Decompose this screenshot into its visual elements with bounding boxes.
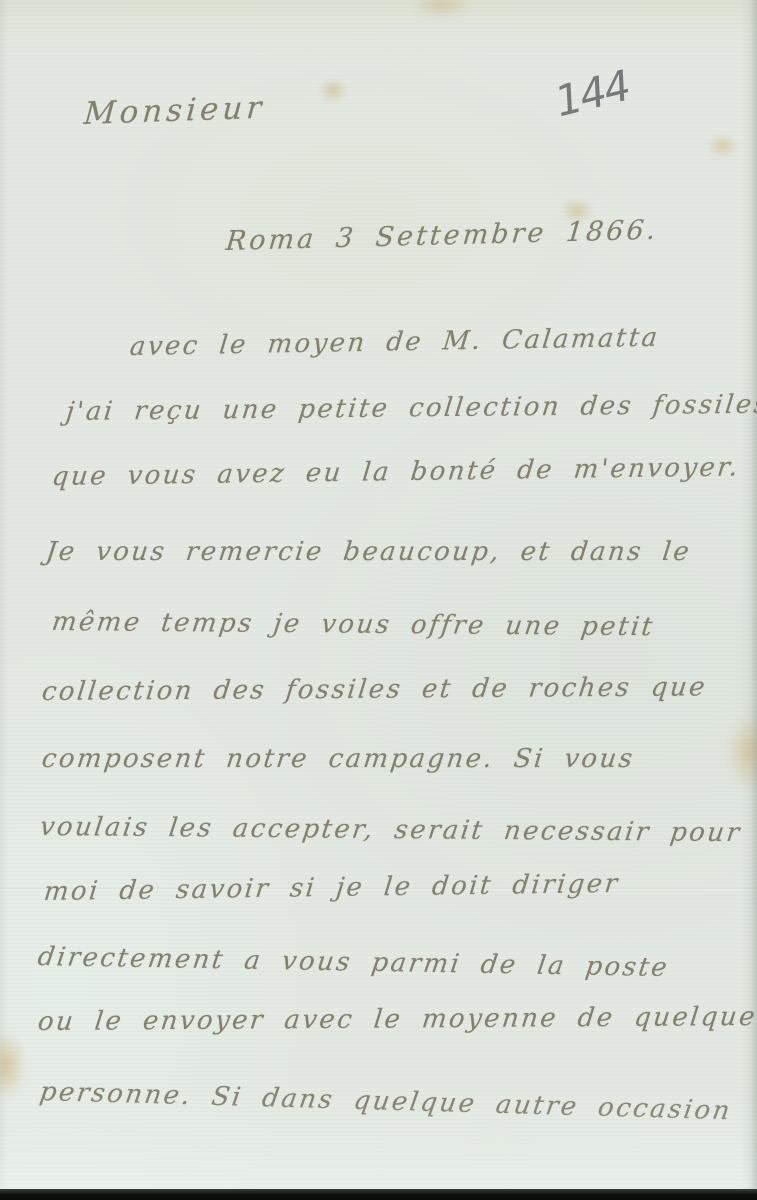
handwriting-line-10: directement a vous parmi de la poste [36, 942, 671, 983]
dateline: Roma 3 Settembre 1866. [225, 215, 660, 257]
folio-number: 144 [550, 61, 634, 126]
handwriting-line-2: j'ai reçu une petite collection des foss… [64, 390, 757, 427]
fold-crease [0, 888, 757, 892]
scanned-letter-page: Monsieur 144 Roma 3 Settembre 1866. avec… [0, 0, 757, 1200]
handwriting-line-5: même temps je vous offre une petit [50, 607, 656, 642]
fox-stain [706, 134, 740, 158]
fox-stain [412, 0, 472, 18]
paper-smudge [470, 1120, 530, 1170]
handwriting-line-3: que vous avez eu la bonté de m'envoyer. [50, 452, 741, 492]
handwriting-line-9: moi de savoir si je le doit diriger [42, 869, 621, 907]
handwriting-line-8: voulais les accepter, serait necessair p… [38, 812, 743, 848]
handwriting-line-7: composent notre campagne. Si vous [40, 744, 636, 774]
paper-texture [0, 0, 757, 1200]
fox-stain [0, 1030, 26, 1100]
fox-stain [560, 198, 594, 224]
fox-stain [318, 78, 348, 102]
scan-edge [0, 1189, 757, 1200]
handwriting-line-11: ou le envoyer avec le moyenne de quelque [36, 1002, 757, 1037]
fox-stain [726, 712, 757, 792]
handwriting-line-4: Je vous remercie beaucoup, et dans le [44, 537, 693, 567]
handwriting-line-6: collection des fossiles et de roches que [40, 672, 708, 707]
scan-edge-shading [0, 0, 757, 1200]
handwriting-line-1: avec le moyen de M. Calamatta [128, 323, 661, 362]
salutation: Monsieur [83, 90, 267, 132]
handwriting-line-12: personne. Si dans quelque autre occasion [38, 1077, 734, 1126]
